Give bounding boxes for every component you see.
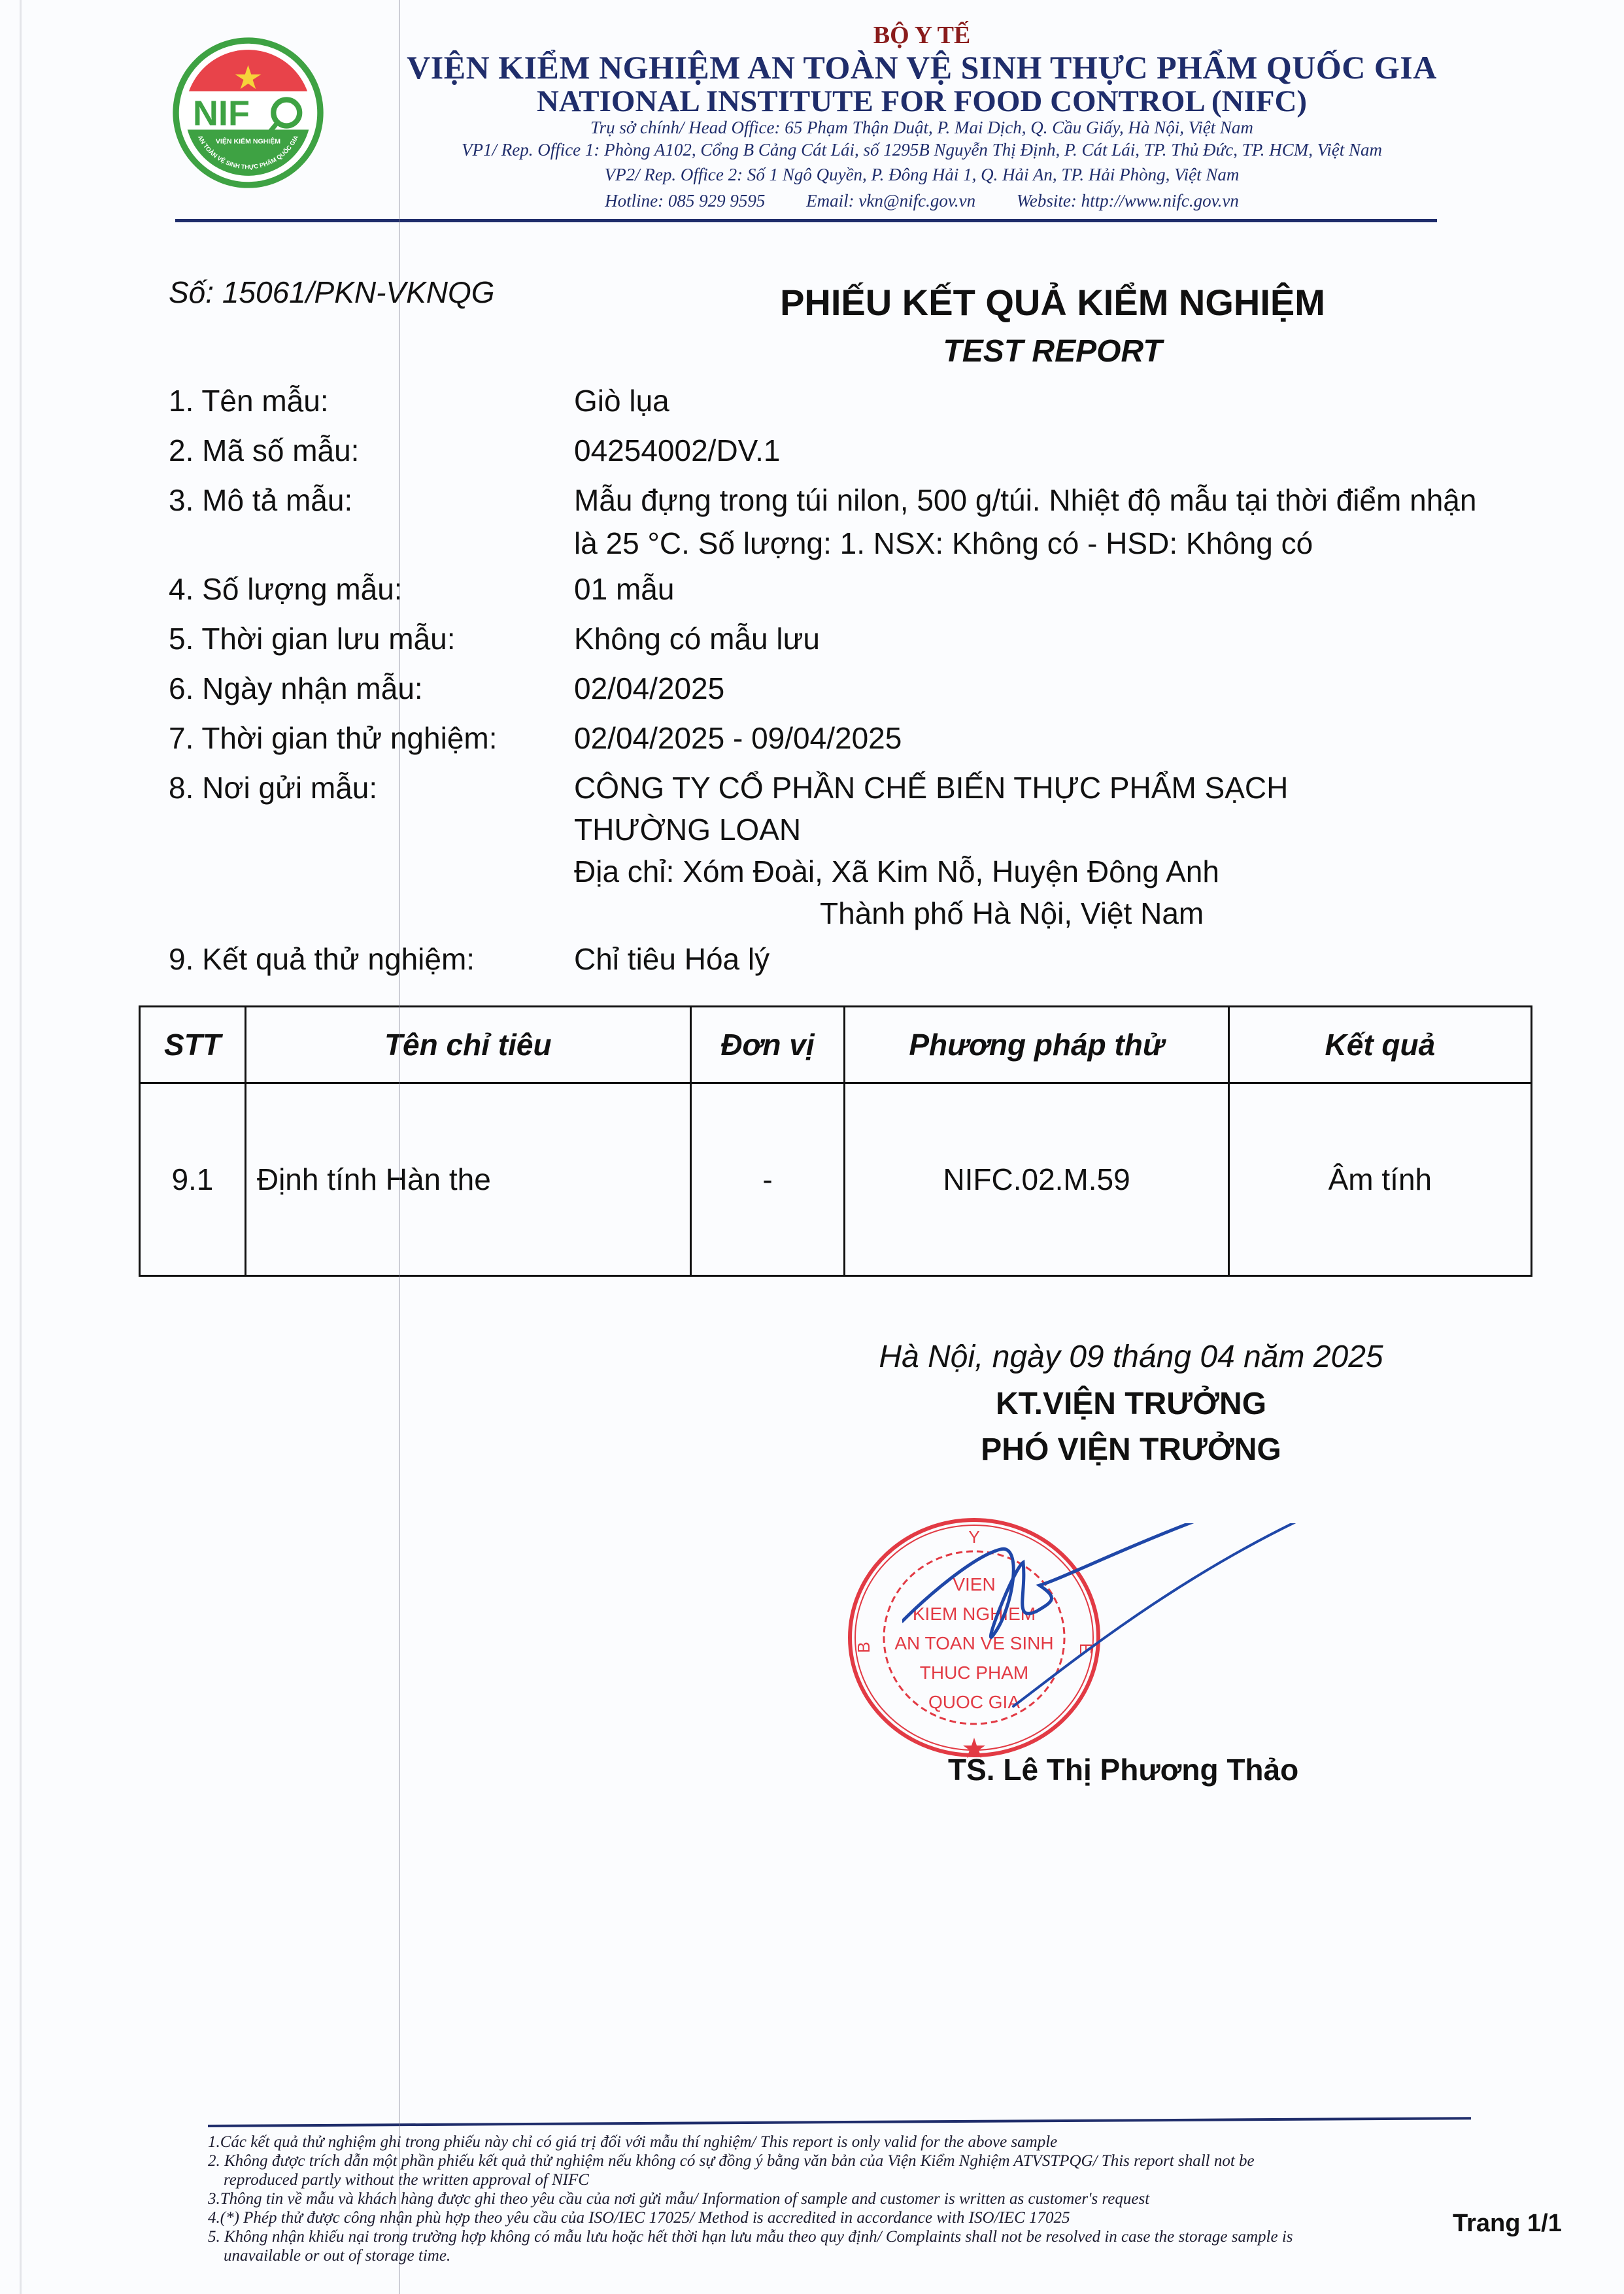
field-label: 6. Ngày nhận mẫu: [169,667,423,710]
field-label: 7. Thời gian thử nghiệm: [169,717,498,760]
results-table: STT Tên chỉ tiêu Đơn vị Phương pháp thử … [139,1005,1532,1277]
field-label: 1. Tên mẫu: [169,379,329,422]
footer-notes: 1.Các kết quả thử nghiệm ghi trong phiếu… [208,2133,1515,2265]
field-value: 04254002/DV.1 [574,429,781,472]
field-value: 01 mẫu [574,567,674,611]
institute-name-vn: VIỆN KIỂM NGHIỆM AN TOÀN VỆ SINH THỰC PH… [314,48,1530,86]
rep-office-1-address: VP1/ Rep. Office 1: Phòng A102, Cổng B C… [314,140,1530,160]
table-row: 9.1 Định tính Hàn the - NIFC.02.M.59 Âm … [140,1083,1532,1276]
scan-edge [20,0,22,2294]
website-link[interactable]: Website: http://www.nifc.gov.vn [1017,191,1239,211]
footer-note: 5. Không nhận khiếu nại trong trường hợp… [208,2227,1515,2246]
footer-divider [208,2117,1471,2127]
field-value-cont: là 25 °C. Số lượng: 1. NSX: Không có - H… [574,522,1313,565]
email-link[interactable]: Email: vkn@nifc.gov.vn [806,191,975,211]
cell-method: NIFC.02.M.59 [845,1083,1228,1276]
field-value: CÔNG TY CỔ PHẦN CHẾ BIẾN THỰC PHẨM SẠCH [574,766,1288,809]
hotline: Hotline: 085 929 9595 [605,191,765,211]
field-value: 02/04/2025 - 09/04/2025 [574,717,902,760]
institute-name-en: NATIONAL INSTITUTE FOR FOOD CONTROL (NIF… [314,84,1530,119]
header-divider [175,219,1437,222]
nifc-logo-icon: NIF VIỆN KIỂM NGHIỆM AN TOÀN VỆ SINH THỰ… [171,36,325,190]
document-subtitle: TEST REPORT [693,333,1412,369]
ministry-name: BỘ Y TẾ [314,21,1530,50]
col-header-unit: Đơn vị [690,1007,845,1083]
cell-result: Âm tính [1228,1083,1531,1276]
field-value: Giò lụa [574,379,669,422]
footer-note: 1.Các kết quả thử nghiệm ghi trong phiếu… [208,2133,1515,2151]
field-value-cont: THƯỜNG LOAN [574,808,801,851]
scan-fold-line [399,0,400,2294]
field-value: Chỉ tiêu Hóa lý [574,937,770,981]
svg-text:NIF: NIF [193,93,250,133]
signer-name: TS. Lê Thị Phương Thảo [948,1752,1298,1787]
footer-note-cont: unavailable or out of storage time. [208,2246,1515,2265]
signer-title-2: PHÓ VIỆN TRƯỞNG [837,1432,1425,1468]
field-value: Mẫu đựng trong túi nilon, 500 g/túi. Nhi… [574,479,1476,522]
head-office-address: Trụ sở chính/ Head Office: 65 Phạm Thận … [314,118,1530,138]
cell-unit: - [690,1083,845,1276]
document-title: PHIẾU KẾT QUẢ KIỂM NGHIỆM [693,281,1412,324]
field-label: 4. Số lượng mẫu: [169,567,403,611]
table-header-row: STT Tên chỉ tiêu Đơn vị Phương pháp thử … [140,1007,1532,1083]
col-header-method: Phương pháp thử [845,1007,1228,1083]
field-value: Không có mẫu lưu [574,617,820,660]
col-header-result: Kết quả [1228,1007,1531,1083]
signature-date: Hà Nội, ngày 09 tháng 04 năm 2025 [837,1339,1425,1375]
col-header-stt: STT [140,1007,246,1083]
signer-title-1: KT.VIỆN TRƯỞNG [837,1386,1425,1422]
cell-stt: 9.1 [140,1083,246,1276]
cell-indicator: Định tính Hàn the [245,1083,690,1276]
field-label: 5. Thời gian lưu mẫu: [169,617,456,660]
field-label: 9. Kết quả thử nghiệm: [169,937,475,981]
svg-text:B: B [854,1642,873,1653]
footer-note: 2. Không được trích dẫn một phần phiếu k… [208,2151,1515,2170]
svg-text:VIỆN KIỂM NGHIỆM: VIỆN KIỂM NGHIỆM [216,137,280,146]
footer-note-cont: reproduced partly without the written ap… [208,2170,1515,2189]
document-number: Số: 15061/PKN-VKNQG [169,275,495,310]
field-label: 3. Mô tả mẫu: [169,479,352,522]
contact-line: Hotline: 085 929 9595 Email: vkn@nifc.go… [314,191,1530,211]
field-label: 8. Nơi gửi mẫu: [169,766,377,809]
rep-office-2-address: VP2/ Rep. Office 2: Số 1 Ngô Quyền, P. Đ… [314,165,1530,185]
footer-note: 4.(*) Phép thử được công nhận phù hợp th… [208,2208,1515,2227]
field-value-address: Địa chỉ: Xóm Đoài, Xã Kim Nỗ, Huyện Đông… [574,850,1219,893]
footer-note: 3.Thông tin về mẫu và khách hàng được gh… [208,2189,1515,2208]
page-number: Trang 1/1 [1453,2210,1562,2238]
field-value: 02/04/2025 [574,667,724,710]
handwritten-signature [902,1523,1321,1732]
field-value-city: Thành phố Hà Nội, Việt Nam [820,892,1204,935]
field-label: 2. Mã số mẫu: [169,429,359,472]
col-header-indicator: Tên chỉ tiêu [245,1007,690,1083]
